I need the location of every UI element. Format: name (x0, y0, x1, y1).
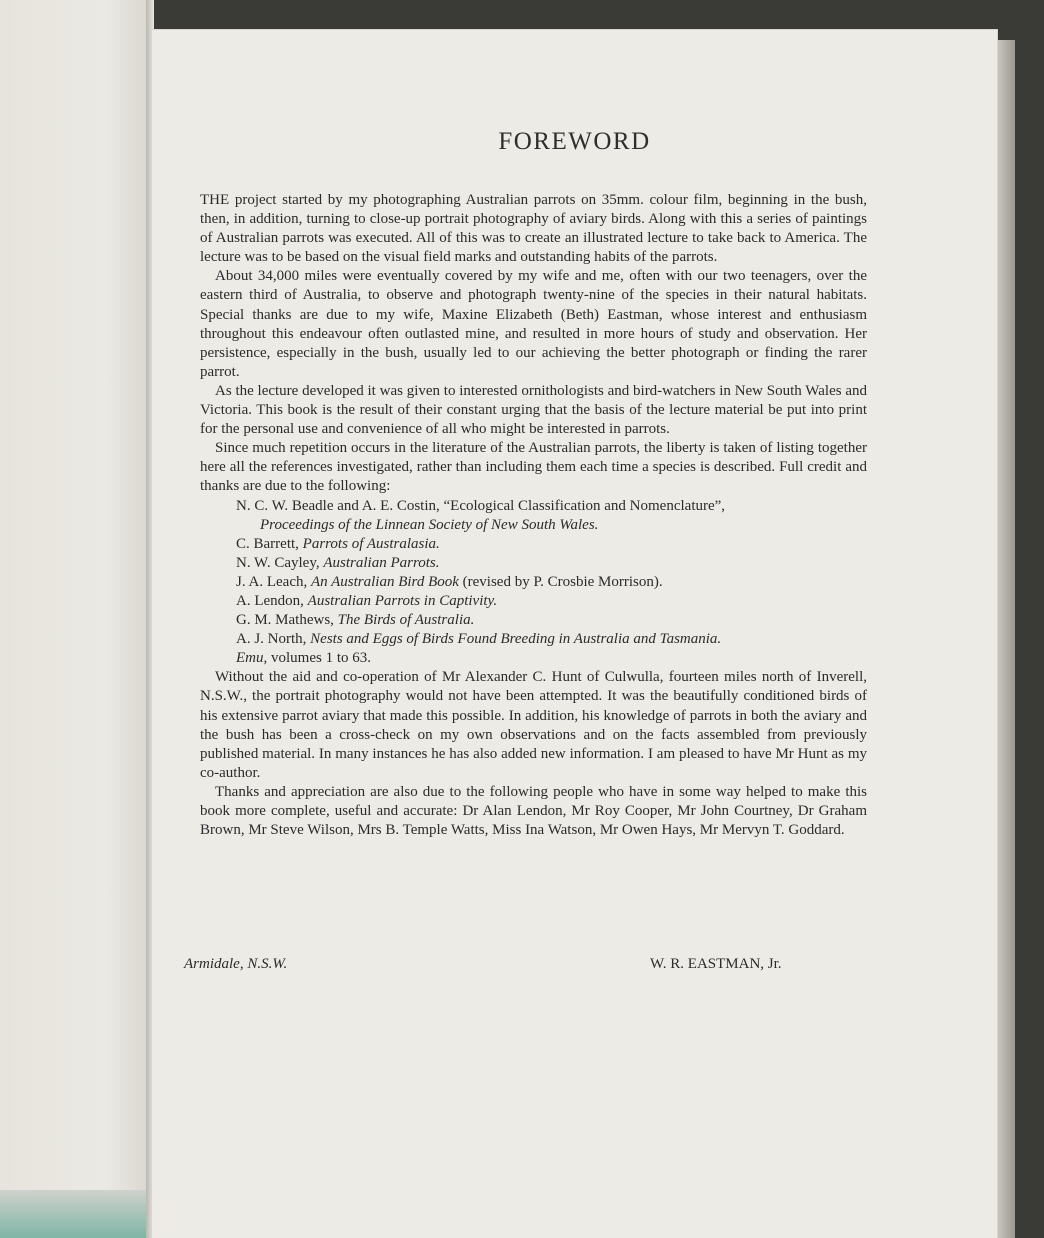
paragraph: Thanks and appreciation are also due to … (200, 783, 867, 840)
reference-item: Emu, volumes 1 to 63. (200, 649, 867, 668)
foreword-page: FOREWORD THE project started by my photo… (152, 30, 997, 1238)
reference-item: J. A. Leach, An Australian Bird Book (re… (200, 573, 867, 592)
reference-item: A. J. North, Nests and Eggs of Birds Fou… (200, 630, 867, 649)
paragraph: Since much repetition occurs in the lite… (200, 439, 867, 496)
reference-item: A. Lendon, Australian Parrots in Captivi… (200, 592, 867, 611)
paragraph: About 34,000 miles were eventually cover… (200, 267, 867, 382)
reference-item: N. C. W. Beadle and A. E. Costin, “Ecolo… (200, 497, 867, 535)
reference-list: N. C. W. Beadle and A. E. Costin, “Ecolo… (200, 497, 867, 669)
foreword-body: THE project started by my photographing … (200, 191, 867, 840)
reference-item: N. W. Cayley, Australian Parrots. (200, 554, 867, 573)
signature-place: Armidale, N.S.W. (184, 956, 287, 973)
reference-item: C. Barrett, Parrots of Australasia. (200, 535, 867, 554)
signature-author: W. R. EASTMAN, Jr. (650, 956, 782, 973)
left-page (0, 0, 150, 1238)
paragraph: THE project started by my photographing … (200, 191, 867, 267)
paragraph: As the lecture developed it was given to… (200, 382, 867, 439)
page-stack-edge (995, 40, 1015, 1238)
book-cover-edge (0, 1190, 150, 1238)
reference-item: G. M. Mathews, The Birds of Australia. (200, 611, 867, 630)
paragraph: Without the aid and co-operation of Mr A… (200, 668, 867, 783)
page-title: FOREWORD (152, 128, 997, 156)
